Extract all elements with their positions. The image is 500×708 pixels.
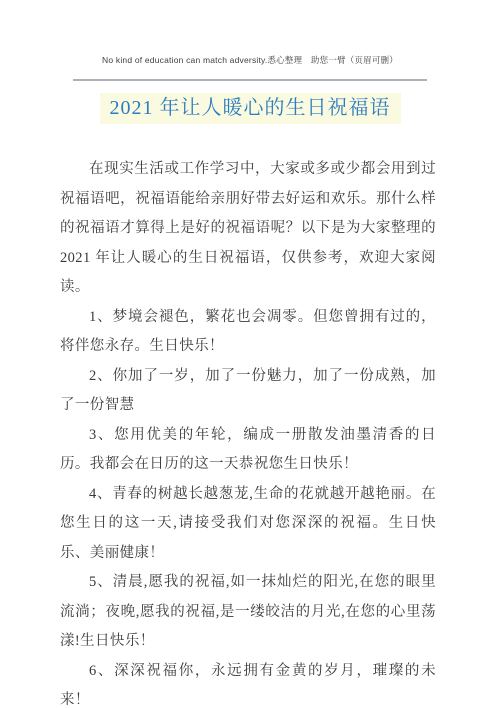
header-divider bbox=[73, 79, 427, 81]
document-body: 在现实生活或工作学习中，大家或多或少都会用到过祝福语吧，祝福语能给亲朋好带去好运… bbox=[60, 155, 436, 708]
body-paragraph: 2、你加了一岁，加了一份魅力，加了一份成熟，加了一份智慧 bbox=[60, 362, 436, 421]
body-paragraph: 1、梦境会褪色，繁花也会凋零。但您曾拥有过的，将伴您永存。生日快乐！ bbox=[60, 303, 436, 362]
page-title: 2021 年让人暖心的生日祝福语 bbox=[100, 93, 401, 124]
title-row: 2021 年让人暖心的生日祝福语 bbox=[0, 93, 500, 124]
page-header-text: No kind of education can match adversity… bbox=[0, 54, 500, 66]
body-paragraph: 6、深深祝福你，永远拥有金黄的岁月，璀璨的未来！ bbox=[60, 657, 436, 708]
document-page: No kind of education can match adversity… bbox=[0, 0, 500, 708]
body-paragraph: 5、清晨,愿我的祝福,如一抹灿烂的阳光,在您的眼里流淌；夜晚,愿我的祝福,是一缕… bbox=[60, 568, 436, 657]
body-paragraph: 3、您用优美的年轮，编成一册散发油墨清香的日历。我都会在日历的这一天恭祝您生日快… bbox=[60, 421, 436, 480]
body-paragraph: 4、青春的树越长越葱茏,生命的花就越开越艳丽。在您生日的这一天,请接受我们对您深… bbox=[60, 480, 436, 569]
body-paragraph: 在现实生活或工作学习中，大家或多或少都会用到过祝福语吧，祝福语能给亲朋好带去好运… bbox=[60, 155, 436, 303]
